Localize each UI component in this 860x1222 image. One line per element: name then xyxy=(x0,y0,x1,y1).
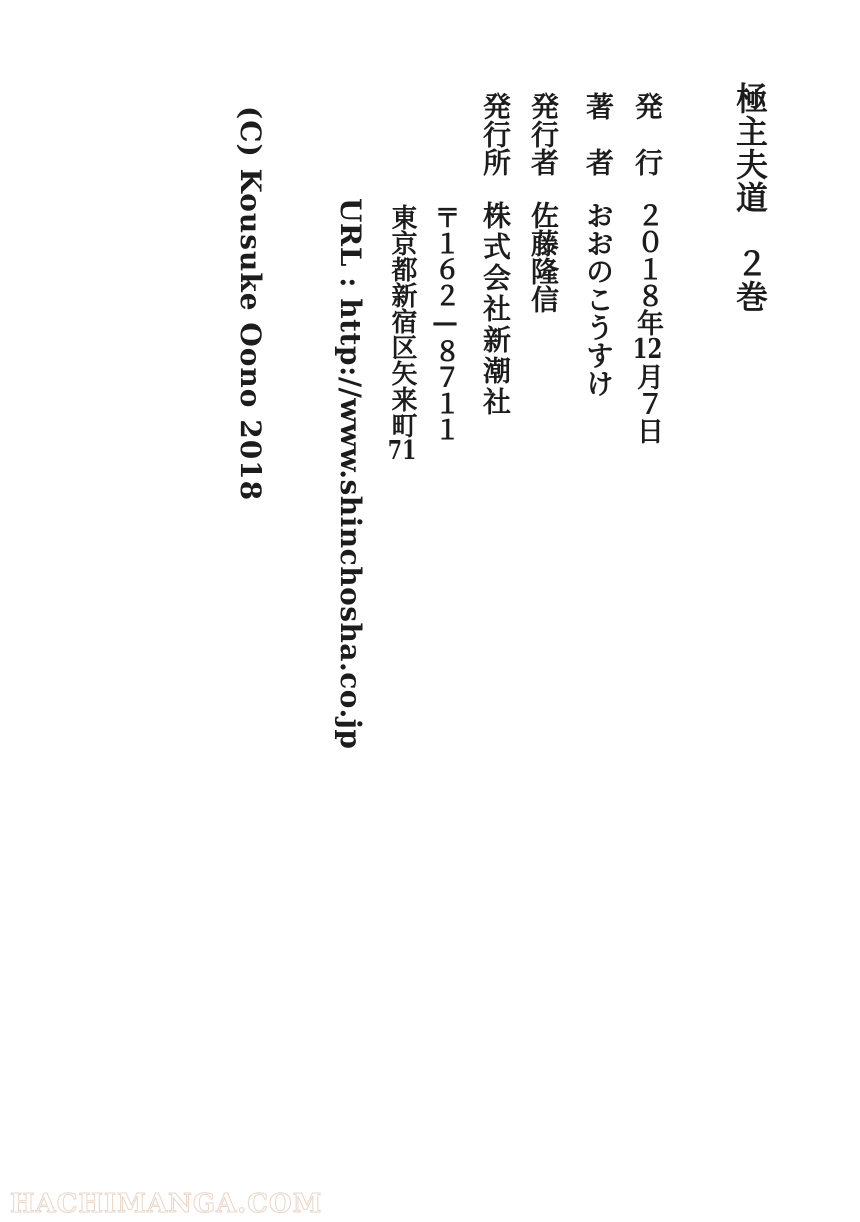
publishing-office-label: 発行所 xyxy=(481,92,509,176)
publisher-address: 東京都新宿区矢来町71 xyxy=(389,204,415,464)
author-label: 著 者 xyxy=(584,92,612,176)
author-name: おおのこうすけ xyxy=(584,201,612,397)
book-title: 極主夫道 ２巻 xyxy=(734,82,766,313)
manga-colophon-page: 極主夫道 ２巻 発 行 ２０１８年12月７日 著 者 おおのこうすけ 発行者 佐… xyxy=(0,0,860,1222)
publication-date-year: ２０１８年 xyxy=(632,201,663,336)
publisher-address-text: 東京都新宿区矢来町 xyxy=(387,204,417,438)
publisher-address-number: 71 xyxy=(387,438,417,464)
site-watermark: HACHIMANGA.COM xyxy=(10,1189,322,1219)
publisher-name: 佐藤隆信 xyxy=(529,201,557,313)
publication-date-rest: 月７日 xyxy=(632,363,663,444)
publisher-url: URL : http://www.shinchosha.co.jp xyxy=(336,198,364,749)
publishing-office-name: 株式会社新潮社 xyxy=(481,201,509,418)
publication-label: 発 行 xyxy=(633,92,661,176)
publication-date: ２０１８年12月７日 xyxy=(634,201,661,444)
postal-code: 〒１６２—８７１１ xyxy=(432,204,458,442)
copyright-notice: (C) Kousuke Oono 2018 xyxy=(236,106,264,501)
publisher-label: 発行者 xyxy=(529,92,557,176)
publication-date-month-number: 12 xyxy=(632,336,663,363)
